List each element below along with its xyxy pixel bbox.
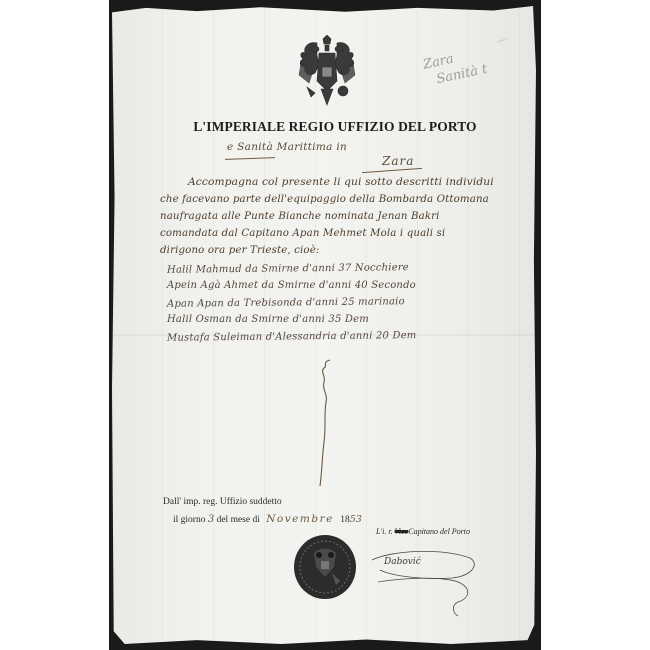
wax-seal-icon bbox=[292, 533, 358, 601]
handwritten-day: 3 bbox=[208, 514, 214, 525]
handwritten-month: Novembre bbox=[266, 513, 334, 525]
struck-word: Vice bbox=[395, 527, 409, 536]
body-line: naufragata alle Punte Bianche nominata J… bbox=[160, 208, 536, 225]
body-line: Accompagna col presente li qui sotto des… bbox=[160, 174, 536, 191]
body-line: comandata dal Capitano Apan Mehmet Mola … bbox=[160, 225, 536, 242]
captain-title: L'i. r. ViceCapitano del Porto bbox=[376, 527, 470, 536]
signature-flourish bbox=[362, 548, 482, 618]
double-headed-eagle-icon bbox=[295, 35, 359, 111]
body-line: che facevano parte dell'equipaggio della… bbox=[160, 191, 536, 208]
captain-role: Capitano del Porto bbox=[408, 527, 470, 536]
handwritten-subheading: e Sanità Marittima in bbox=[227, 141, 347, 153]
signature: Dabović bbox=[384, 557, 421, 567]
crew-entry: Mustafa Suleiman d'Alessandria d'anni 20… bbox=[167, 326, 497, 346]
footer-office-line: Dall' imp. reg. Uffizio suddetto bbox=[163, 497, 282, 507]
handwritten-year: 53 bbox=[350, 514, 362, 525]
handwritten-body: Accompagna col presente li qui sotto des… bbox=[160, 174, 536, 259]
document-heading: L'IMPERIALE REGIO UFFIZIO DEL PORTO bbox=[190, 119, 480, 136]
closing-flourish bbox=[312, 358, 342, 488]
year-printed: 18 bbox=[340, 515, 350, 525]
crew-entry: Apan Apan da Trebisonda d'anni 25 marina… bbox=[167, 292, 497, 312]
date-mid: del mese di bbox=[217, 515, 260, 525]
handwritten-city: Zara bbox=[382, 154, 414, 168]
crew-entry: Apein Agà Ahmet da Smirne d'anni 40 Seco… bbox=[167, 277, 497, 294]
captain-prefix: L'i. r. bbox=[376, 527, 393, 536]
body-line: dirigono ora per Trieste, cioè: bbox=[160, 242, 536, 259]
crew-entry: Halil Osman da Smirne d'anni 35 Dem bbox=[167, 311, 497, 328]
crew-list: Halil Mahmud da Smirne d'anni 37 Nocchie… bbox=[167, 260, 497, 345]
crew-entry: Halil Mahmud da Smirne d'anni 37 Nocchie… bbox=[167, 258, 497, 278]
document-page: Zara Sanità t ~~~ L'IMPERIALE REGIO UFFI… bbox=[112, 6, 536, 644]
date-prefix: il giorno bbox=[173, 515, 205, 525]
footer-date-line: il giorno 3 del mese di Novembre 1853 bbox=[173, 513, 362, 525]
